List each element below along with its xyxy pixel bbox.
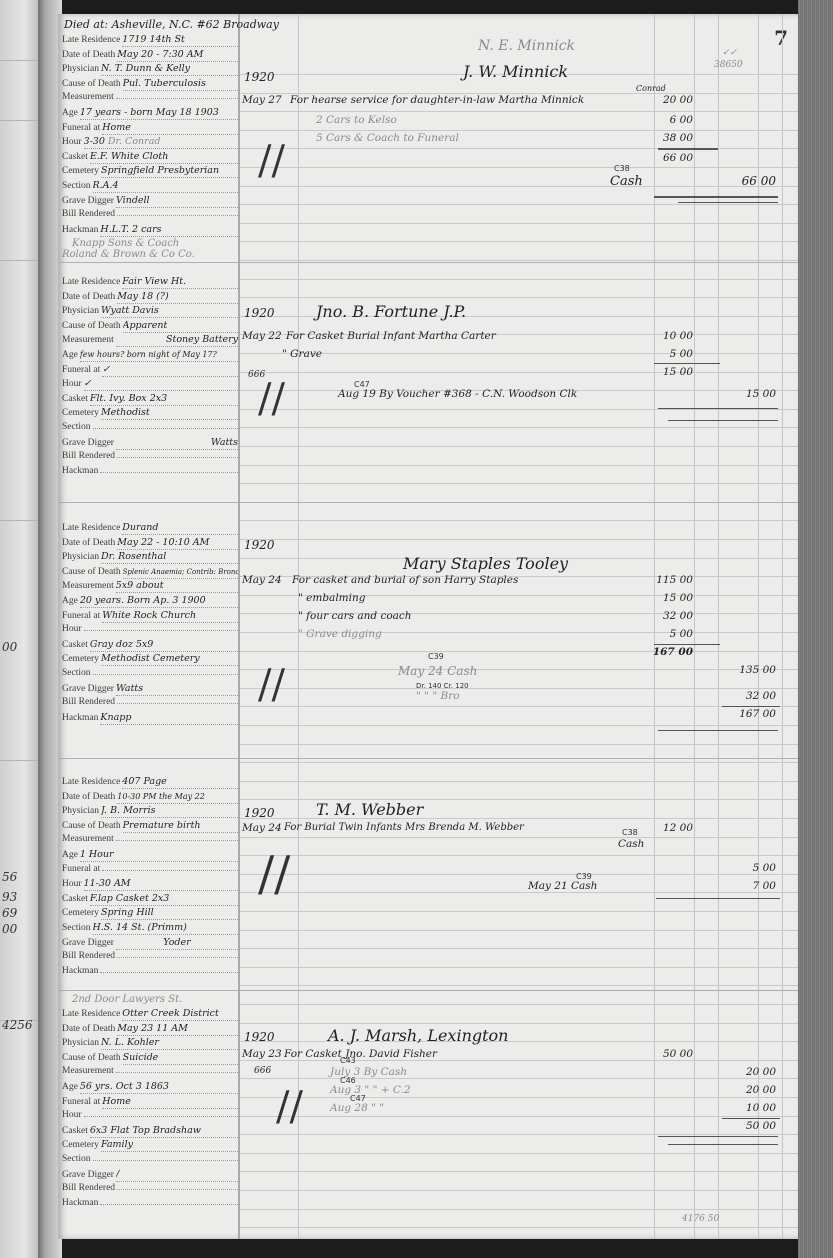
form-ledger-divider xyxy=(238,14,240,1239)
paid-mark: // xyxy=(258,846,290,902)
entry-description: 2 Cars to Kelso xyxy=(316,114,397,126)
label-cemetery: Cemetery xyxy=(62,908,99,918)
label-physician: Physician xyxy=(62,306,99,316)
label-late-residence: Late Residence xyxy=(62,777,120,787)
cemetery-value: Methodist Cemetery xyxy=(101,653,238,666)
entry-description: For Burial Twin Infants Mrs Brenda M. We… xyxy=(284,822,524,833)
age-value: 56 yrs. Oct 3 1863 xyxy=(80,1081,238,1094)
label-grave-digger: Grave Digger xyxy=(62,438,114,448)
hackman-value xyxy=(100,1204,238,1205)
label-physician: Physician xyxy=(62,1038,99,1048)
paid-mark: // xyxy=(258,138,285,184)
credit-description: Cash xyxy=(610,174,643,189)
label-late-residence: Late Residence xyxy=(62,1009,120,1019)
bill-rendered-value xyxy=(117,1189,238,1190)
cause-of-death-value: Splenic Anaemia; Contrib: Bronchopneumon… xyxy=(123,566,238,579)
label-cause-of-death: Cause of Death xyxy=(62,1053,121,1063)
measurement-value: 5x9 about xyxy=(116,580,238,593)
entry-amount: 50 00 xyxy=(663,1048,693,1060)
label-casket: Casket xyxy=(62,394,88,404)
grave-digger-value: Watts xyxy=(116,437,238,450)
label-date-of-death: Date of Death xyxy=(62,792,115,802)
cause-of-death-value: Premature birth xyxy=(123,820,238,833)
entry-description: For Casket Burial Infant Martha Carter xyxy=(286,330,496,342)
date-of-death-value: 10-30 PM the May 22 xyxy=(117,791,238,804)
date-of-death-value: May 23 11 AM xyxy=(117,1023,238,1036)
label-hackman: Hackman xyxy=(62,466,98,476)
label-physician: Physician xyxy=(62,806,99,816)
measurement-value: Stoney Battery xyxy=(116,334,238,347)
entry-description: For casket and burial of son Harry Stapl… xyxy=(292,574,518,586)
label-late-residence: Late Residence xyxy=(62,523,120,533)
entry-description: " embalming xyxy=(298,592,365,604)
credit-ref: C39 xyxy=(428,652,444,661)
section-value: H.S. 14 St. (Primm) xyxy=(93,922,239,935)
entry-description: For Casket Jno. David Fisher xyxy=(284,1048,437,1060)
label-section: Section xyxy=(62,1154,91,1164)
credit-ref: C38 xyxy=(614,164,630,173)
label-physician: Physician xyxy=(62,64,99,74)
entry-amount: 115 00 xyxy=(656,574,693,586)
entry-date: May 23 xyxy=(242,1048,282,1060)
hour-value xyxy=(84,1116,238,1117)
hour-value: 11-30 AM xyxy=(84,878,238,891)
entry-description: " four cars and coach xyxy=(298,610,412,622)
entry-amount: 15 00 xyxy=(663,592,693,604)
credit-total: 167 00 xyxy=(739,708,776,720)
label-section: Section xyxy=(62,422,91,432)
margin-mark: 69 xyxy=(2,906,17,920)
entry-amount: 20 00 xyxy=(663,94,693,106)
physician-value: Dr. Rosenthal xyxy=(101,551,238,564)
label-age: Age xyxy=(62,350,78,360)
record-top-note: 2nd Door Lawyers St. xyxy=(72,994,182,1005)
physician-value: N. L. Kohler xyxy=(101,1037,238,1050)
funeral-at-value: Home xyxy=(102,122,238,135)
measurement-value xyxy=(116,98,238,99)
margin-mark: 00 xyxy=(2,640,17,654)
margin-mark: 4256 xyxy=(2,1018,33,1032)
age-value: 17 years - born May 18 1903 xyxy=(80,107,238,120)
label-date-of-death: Date of Death xyxy=(62,538,115,548)
entry-description: " Grave xyxy=(282,348,322,360)
label-cause-of-death: Cause of Death xyxy=(62,321,121,331)
label-funeral-at: Funeral at xyxy=(62,1097,100,1107)
bill-rendered-value xyxy=(117,957,238,958)
late-residence-value: Durand xyxy=(122,522,238,535)
credit-description: Aug 28 " " xyxy=(330,1102,384,1114)
record-form: Late ResidenceOtter Creek District Date … xyxy=(62,1008,238,1212)
extra-note: Roland & Brown & Co Co. xyxy=(62,249,238,260)
account-year: 1920 xyxy=(244,306,275,320)
late-residence-value: Fair View Ht. xyxy=(122,276,238,289)
label-bill-rendered: Bill Rendered xyxy=(62,1183,115,1193)
label-funeral-at: Funeral at xyxy=(62,123,100,133)
entry-note: Conrad xyxy=(636,84,666,93)
age-value: few hours? born night of May 17? xyxy=(80,349,238,362)
entry-amount: 12 00 xyxy=(663,822,693,834)
record-form: Late Residence1719 14th St Date of Death… xyxy=(62,34,238,260)
label-date-of-death: Date of Death xyxy=(62,1024,115,1034)
credit-description: Aug 19 By Voucher #368 - C.N. Woodson Cl… xyxy=(338,388,577,400)
credit-description: " " " Bro xyxy=(416,690,460,702)
label-grave-digger: Grave Digger xyxy=(62,196,114,206)
credit-total: 50 00 xyxy=(746,1120,776,1132)
label-cause-of-death: Cause of Death xyxy=(62,821,121,831)
account-year: 1920 xyxy=(244,538,275,552)
label-grave-digger: Grave Digger xyxy=(62,684,114,694)
entry-date: May 22 xyxy=(242,330,282,342)
credit-description: Aug 3 " " + C.2 xyxy=(330,1084,411,1096)
account-name: T. M. Webber xyxy=(316,800,423,819)
cause-of-death-value: Pul. Tuberculosis xyxy=(123,78,238,91)
account-faint-name: N. E. Minnick xyxy=(478,38,575,54)
label-casket: Casket xyxy=(62,640,88,650)
funeral-at-value: ✓ xyxy=(102,364,238,377)
credit-amount: 32 00 xyxy=(746,690,776,702)
section-value xyxy=(93,674,239,675)
entry-description: " Grave digging xyxy=(298,628,382,640)
label-hour: Hour xyxy=(62,137,82,147)
label-late-residence: Late Residence xyxy=(62,35,120,45)
cause-of-death-value: Suicide xyxy=(123,1052,238,1065)
margin-mark: 00 xyxy=(2,922,17,936)
folio-total: 38650 xyxy=(714,60,743,70)
entry-amount: 38 00 xyxy=(663,132,693,144)
label-hour: Hour xyxy=(62,624,82,634)
label-cemetery: Cemetery xyxy=(62,1140,99,1150)
label-section: Section xyxy=(62,668,91,678)
label-hackman: Hackman xyxy=(62,1198,98,1208)
credit-amount: 7 00 xyxy=(753,880,776,892)
label-casket: Casket xyxy=(62,152,88,162)
label-age: Age xyxy=(62,108,78,118)
casket-value: 6x3 Flat Top Bradshaw xyxy=(90,1125,238,1138)
late-residence-value: Otter Creek District xyxy=(122,1008,238,1021)
grave-digger-value: / xyxy=(116,1169,238,1182)
record-form: Late ResidenceDurand Date of DeathMay 22… xyxy=(62,522,238,726)
margin-mark: 93 xyxy=(2,890,17,904)
cemetery-value: Springfield Presbyterian xyxy=(101,165,238,178)
label-hour: Hour xyxy=(62,379,82,389)
label-grave-digger: Grave Digger xyxy=(62,938,114,948)
label-section: Section xyxy=(62,181,91,191)
label-date-of-death: Date of Death xyxy=(62,50,115,60)
credit-description: Cash xyxy=(618,838,644,850)
page-total: 4176 50 xyxy=(682,1214,719,1224)
hour-value: ✓ xyxy=(84,378,238,391)
age-value: 1 Hour xyxy=(80,849,238,862)
bill-rendered-value xyxy=(117,215,238,216)
cause-of-death-value: Apparent xyxy=(123,320,238,333)
credit-amount: 10 00 xyxy=(746,1102,776,1114)
label-bill-rendered: Bill Rendered xyxy=(62,951,115,961)
label-casket: Casket xyxy=(62,894,88,904)
extra-note: Knapp Sons & Coach xyxy=(72,238,248,249)
date-of-death-value: May 18 (?) xyxy=(117,291,238,304)
date-of-death-value: May 22 - 10:10 AM xyxy=(117,537,238,550)
credit-ref: C38 xyxy=(622,828,638,837)
label-physician: Physician xyxy=(62,552,99,562)
funeral-at-value: White Rock Church xyxy=(102,610,238,623)
credit-description: May 24 Cash xyxy=(398,664,477,678)
label-hackman: Hackman xyxy=(62,225,98,235)
late-residence-value: 1719 14th St xyxy=(122,34,238,47)
paid-mark: // xyxy=(276,1084,303,1130)
account-name: A. J. Marsh, Lexington xyxy=(328,1026,508,1045)
label-bill-rendered: Bill Rendered xyxy=(62,451,115,461)
account-name: J. W. Minnick xyxy=(463,62,568,81)
cemetery-value: Spring Hill xyxy=(101,907,238,920)
hour-value xyxy=(84,630,238,631)
entry-date: May 24 xyxy=(242,822,282,834)
label-hackman: Hackman xyxy=(62,966,98,976)
entry-amount: 10 00 xyxy=(663,330,693,342)
funeral-at-value xyxy=(102,870,238,871)
label-measurement: Measurement xyxy=(62,834,114,844)
entry-amount: 5 00 xyxy=(670,628,693,640)
age-value: 20 years. Born Ap. 3 1900 xyxy=(80,595,238,608)
label-section: Section xyxy=(62,923,91,933)
label-measurement: Measurement xyxy=(62,1066,114,1076)
credit-amount: 20 00 xyxy=(746,1066,776,1078)
entry-amount: 6 00 xyxy=(670,114,693,126)
record-form: Late Residence407 Page Date of Death10-3… xyxy=(62,776,238,980)
label-hour: Hour xyxy=(62,1110,82,1120)
record-top-note: Died at: Asheville, N.C. #62 Broadway xyxy=(64,18,279,31)
grave-digger-value: Yoder xyxy=(116,937,238,950)
account-year: 1920 xyxy=(244,1030,275,1044)
physician-value: Wyatt Davis xyxy=(101,305,238,318)
credit-amount: 20 00 xyxy=(746,1084,776,1096)
label-bill-rendered: Bill Rendered xyxy=(62,209,115,219)
label-casket: Casket xyxy=(62,1126,88,1136)
label-funeral-at: Funeral at xyxy=(62,365,100,375)
subtotal: 66 00 xyxy=(663,152,693,164)
credit-description: May 21 Cash xyxy=(528,880,597,892)
grave-digger-value: Watts xyxy=(116,683,238,696)
label-age: Age xyxy=(62,850,78,860)
account-name: Jno. B. Fortune J.P. xyxy=(316,302,466,321)
label-measurement: Measurement xyxy=(62,335,114,345)
label-cause-of-death: Cause of Death xyxy=(62,567,121,577)
physician-value: J. B. Morris xyxy=(101,805,238,818)
section-value: R.A.4 xyxy=(93,180,239,193)
folio-checks: ✓✓ xyxy=(722,48,737,58)
label-cemetery: Cemetery xyxy=(62,166,99,176)
account-name: Mary Staples Tooley xyxy=(403,554,568,573)
credit-sub-note: Dr. 140 Cr. 120 xyxy=(416,682,469,690)
credit-amount: 15 00 xyxy=(746,388,776,400)
section-value xyxy=(93,428,239,429)
account-year: 1920 xyxy=(244,70,275,84)
hackman-value: Knapp xyxy=(100,712,238,725)
label-cause-of-death: Cause of Death xyxy=(62,79,121,89)
casket-value: F.lap Casket 2x3 xyxy=(90,893,238,906)
credit-ref: C43 xyxy=(340,1056,356,1065)
subtotal: 15 00 xyxy=(663,366,693,378)
label-hackman: Hackman xyxy=(62,713,98,723)
date-of-death-value: May 20 - 7:30 AM xyxy=(117,49,238,62)
label-grave-digger: Grave Digger xyxy=(62,1170,114,1180)
measurement-value xyxy=(116,840,238,841)
folio-number: 666 xyxy=(254,1066,271,1076)
label-age: Age xyxy=(62,596,78,606)
paid-mark: // xyxy=(258,376,285,422)
cemetery-value: Family xyxy=(101,1139,238,1152)
hour-value: 3-30 Dr. Conrad xyxy=(84,136,238,149)
label-date-of-death: Date of Death xyxy=(62,292,115,302)
bill-rendered-value xyxy=(117,703,238,704)
hackman-value xyxy=(100,972,238,973)
funeral-at-value: Home xyxy=(102,1096,238,1109)
hackman-value: H.L.T. 2 cars xyxy=(100,224,238,237)
physician-value: N. T. Dunn & Kelly xyxy=(101,63,238,76)
label-funeral-at: Funeral at xyxy=(62,864,100,874)
label-cemetery: Cemetery xyxy=(62,408,99,418)
ledger-page: 7 Died at: Asheville, N.C. #62 Broadway … xyxy=(58,14,798,1239)
hackman-value xyxy=(100,472,238,473)
label-hour: Hour xyxy=(62,879,82,889)
entry-date: May 27 xyxy=(242,94,282,106)
casket-value: Gray doz 5x9 xyxy=(90,639,238,652)
casket-value: Flt. Ivy. Box 2x3 xyxy=(90,393,238,406)
entry-amount: 32 00 xyxy=(663,610,693,622)
hour-note: Dr. Conrad xyxy=(108,136,161,147)
cemetery-value: Methodist xyxy=(101,407,238,420)
label-measurement: Measurement xyxy=(62,92,114,102)
entry-description: 5 Cars & Coach to Funeral xyxy=(316,132,459,144)
grave-digger-value: Vindell xyxy=(116,195,238,208)
facing-page-margin: 56 93 69 00 00 4256 xyxy=(0,0,41,1258)
page-stack-edge xyxy=(798,0,833,1258)
subtotal: 167 00 xyxy=(653,646,693,658)
label-late-residence: Late Residence xyxy=(62,277,120,287)
measurement-value xyxy=(116,1072,238,1073)
margin-mark: 56 xyxy=(2,870,17,884)
credit-amount: 135 00 xyxy=(739,664,776,676)
entry-amount: 5 00 xyxy=(670,348,693,360)
record-form: Late ResidenceFair View Ht. Date of Deat… xyxy=(62,276,238,480)
label-measurement: Measurement xyxy=(62,581,114,591)
label-cemetery: Cemetery xyxy=(62,654,99,664)
credit-amount: 66 00 xyxy=(742,174,776,188)
bill-rendered-value xyxy=(117,457,238,458)
account-year: 1920 xyxy=(244,806,275,820)
label-bill-rendered: Bill Rendered xyxy=(62,697,115,707)
entry-date: May 24 xyxy=(242,574,282,586)
label-funeral-at: Funeral at xyxy=(62,611,100,621)
late-residence-value: 407 Page xyxy=(122,776,238,789)
section-value xyxy=(93,1160,239,1161)
paid-mark: // xyxy=(258,662,285,708)
casket-value: E.F. White Cloth xyxy=(90,151,238,164)
credit-amount: 5 00 xyxy=(753,862,776,874)
entry-description: For hearse service for daughter-in-law M… xyxy=(290,94,584,106)
label-age: Age xyxy=(62,1082,78,1092)
